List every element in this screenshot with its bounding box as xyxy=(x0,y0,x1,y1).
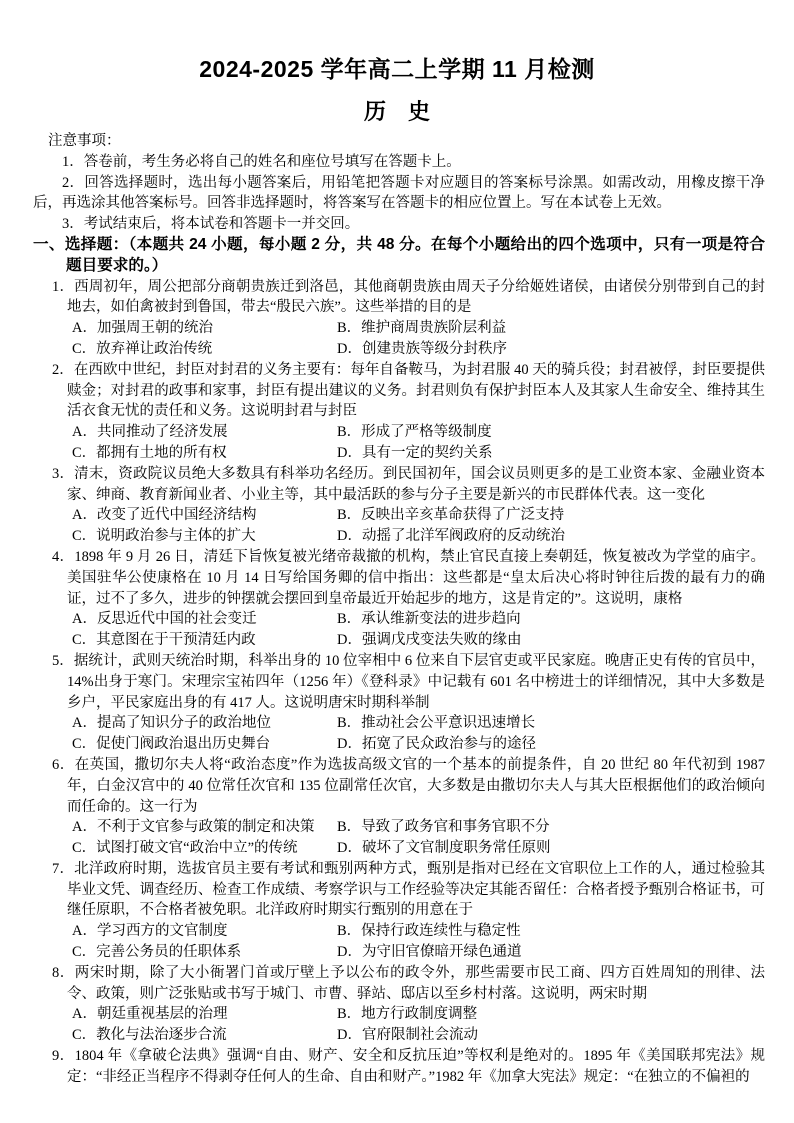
question-6-stem: 在英国，撒切尔夫人将“政治态度”作为选拔高级文官的一个基本的前提条件，自 20 … xyxy=(67,757,765,815)
question-2-option-d: D．具有一定的契约关系 xyxy=(337,443,765,464)
question-2-option-c: C．都拥有土地的所有权 xyxy=(72,443,337,464)
question-1-number: 1． xyxy=(52,279,74,295)
question-1-stem-line: 1．西周初年，周公把部分商朝贵族迁到洛邑，其他商朝贵族由周天子分给姬姓诸侯，由诸… xyxy=(67,277,765,319)
question-9-stem: 1804 年《拿破仑法典》强调“自由、财产、安全和反抗压迫”等权利是绝对的。18… xyxy=(67,1048,765,1085)
question-7-option-a: A．学习西方的文官制度 xyxy=(72,921,337,942)
question-6-option-b: B．导致了政务官和事务官职不分 xyxy=(337,817,765,838)
question-8-option-a: A．朝廷重视基层的治理 xyxy=(72,1004,337,1025)
question-6-stem-line: 6．在英国，撒切尔夫人将“政治态度”作为选拔高级文官的一个基本的前提条件，自 2… xyxy=(67,755,765,817)
question-8-number: 8． xyxy=(52,965,75,981)
question-4-option-c: C．其意图在于干预清廷内政 xyxy=(72,630,337,651)
question-4-option-b: B．承认维新变法的进步趋向 xyxy=(337,609,765,630)
question-3-stem: 清末，资政院议员绝大多数具有科举功名经历。到民国初年，国会议员则更多的是工业资本… xyxy=(67,466,765,503)
question-4-number: 4． xyxy=(52,549,74,565)
question-5-option-c: C．促使门阀政治退出历史舞台 xyxy=(72,734,337,755)
question-3-option-d: D．动摇了北洋军阀政府的反动统治 xyxy=(337,526,765,547)
question-8-stem-line: 8．两宋时期，除了大小衙署门首或厅壁上予以公布的政令外，那些需要市民工商、四方百… xyxy=(67,963,765,1005)
question-9-number: 9． xyxy=(52,1048,75,1064)
question-4-options: A．反思近代中国的社会变迁 B．承认维新变法的进步趋向 C．其意图在于干预清廷内… xyxy=(72,609,765,651)
subject-title: 历 史 xyxy=(0,97,794,126)
question-8-stem: 两宋时期，除了大小衙署门首或厅壁上予以公布的政令外，那些需要市民工商、四方百姓周… xyxy=(67,965,765,1002)
question-6: 6．在英国，撒切尔夫人将“政治态度”作为选拔高级文官的一个基本的前提条件，自 2… xyxy=(33,755,765,859)
question-6-option-d: D．破坏了文官制度职务常任原则 xyxy=(337,838,765,859)
question-1-option-d: D．创建贵族等级分封秩序 xyxy=(337,339,765,360)
question-7: 7．北洋政府时期，选拔官员主要有考试和甄别两种方式，甄别是指对已经在文官职位上工… xyxy=(33,859,765,963)
notice-item-2: 2．回答选择题时，选出每小题答案后，用铅笔把答题卡对应题目的答案标号涂黑。如需改… xyxy=(33,173,765,215)
question-3-option-c: C．说明政治参与主体的扩大 xyxy=(72,526,337,547)
question-2-options: A．共同推动了经济发展 B．形成了严格等级制度 C．都拥有土地的所有权 D．具有… xyxy=(72,422,765,464)
question-7-option-c: C．完善公务员的任职体系 xyxy=(72,942,337,963)
question-2-option-a: A．共同推动了经济发展 xyxy=(72,422,337,443)
question-1-option-b: B．维护商周贵族阶层利益 xyxy=(337,318,765,339)
question-8-option-c: C．教化与法治逐步合流 xyxy=(72,1025,337,1046)
section-heading: 一、选择题：（本题共 24 小题，每小题 2 分，共 48 分。在每个小题给出的… xyxy=(33,235,765,277)
question-7-option-d: D．为守旧官僚暗开绿色通道 xyxy=(337,942,765,963)
question-2: 2．在西欧中世纪，封臣对封君的义务主要有：每年自备鞍马，为封君服 40 天的骑兵… xyxy=(33,360,765,464)
question-1-stem: 西周初年，周公把部分商朝贵族迁到洛邑，其他商朝贵族由周天子分给姬姓诸侯，由诸侯分… xyxy=(67,279,765,316)
question-8-option-b: B．地方行政制度调整 xyxy=(337,1004,765,1025)
question-5-option-b: B．推动社会公平意识迅速增长 xyxy=(337,713,765,734)
question-5-options: A．提高了知识分子的政治地位 B．推动社会公平意识迅速增长 C．促使门阀政治退出… xyxy=(72,713,765,755)
question-5-stem-line: 5．据统计，武则天统治时期，科举出身的 10 位宰相中 6 位来自下层官吏或平民… xyxy=(67,651,765,713)
question-3: 3．清末，资政院议员绝大多数具有科举功名经历。到民国初年，国会议员则更多的是工业… xyxy=(33,464,765,547)
question-5-stem: 据统计，武则天统治时期，科举出身的 10 位宰相中 6 位来自下层官吏或平民家庭… xyxy=(67,653,765,711)
question-4-stem: 1898 年 9 月 26 日，清廷下旨恢复被光绪帝裁撤的机构，禁止官民直接上奏… xyxy=(67,549,765,607)
question-5: 5．据统计，武则天统治时期，科举出身的 10 位宰相中 6 位来自下层官吏或平民… xyxy=(33,651,765,755)
notice-item-1: 1．答卷前，考生务必将自己的姓名和座位号填写在答题卡上。 xyxy=(33,152,765,173)
question-2-option-b: B．形成了严格等级制度 xyxy=(337,422,765,443)
question-6-option-a: A．不利于文官参与政策的制定和决策 xyxy=(72,817,337,838)
question-3-option-a: A．改变了近代中国经济结构 xyxy=(72,505,337,526)
question-3-option-b: B．反映出辛亥革命获得了广泛支持 xyxy=(337,505,765,526)
question-9: 9．1804 年《拿破仑法典》强调“自由、财产、安全和反抗压迫”等权利是绝对的。… xyxy=(33,1046,765,1088)
notice-heading: 注意事项： xyxy=(33,131,765,152)
notice-item-3: 3．考试结束后，将本试卷和答题卡一并交回。 xyxy=(33,214,765,235)
question-1-option-a: A．加强周王朝的统治 xyxy=(72,318,337,339)
exam-paper-page: 2024-2025 学年高二上学期 11 月检测 历 史 注意事项： 1．答卷前… xyxy=(0,0,794,1123)
question-3-number: 3． xyxy=(52,466,74,482)
question-1-option-c: C．放弃禅让政治传统 xyxy=(72,339,337,360)
question-4: 4．1898 年 9 月 26 日，清廷下旨恢复被光绪帝裁撤的机构，禁止官民直接… xyxy=(33,547,765,651)
question-5-option-a: A．提高了知识分子的政治地位 xyxy=(72,713,337,734)
question-2-stem: 在西欧中世纪，封臣对封君的义务主要有：每年自备鞍马，为封君服 40 天的骑兵役；… xyxy=(67,362,765,420)
question-1: 1．西周初年，周公把部分商朝贵族迁到洛邑，其他商朝贵族由周天子分给姬姓诸侯，由诸… xyxy=(33,277,765,360)
notice-block: 注意事项： 1．答卷前，考生务必将自己的姓名和座位号填写在答题卡上。 2．回答选… xyxy=(33,131,765,235)
question-7-number: 7． xyxy=(52,861,74,877)
question-8-option-d: D．官府限制社会流动 xyxy=(337,1025,765,1046)
question-4-option-d: D．强调戊戌变法失败的缘由 xyxy=(337,630,765,651)
paper-content: 注意事项： 1．答卷前，考生务必将自己的姓名和座位号填写在答题卡上。 2．回答选… xyxy=(33,131,765,1088)
page-title: 2024-2025 学年高二上学期 11 月检测 xyxy=(0,0,794,84)
question-2-number: 2． xyxy=(52,362,74,378)
question-7-stem-line: 7．北洋政府时期，选拔官员主要有考试和甄别两种方式，甄别是指对已经在文官职位上工… xyxy=(67,859,765,921)
question-5-option-d: D．拓宽了民众政治参与的途径 xyxy=(337,734,765,755)
question-9-stem-line: 9．1804 年《拿破仑法典》强调“自由、财产、安全和反抗压迫”等权利是绝对的。… xyxy=(67,1046,765,1088)
question-4-stem-line: 4．1898 年 9 月 26 日，清廷下旨恢复被光绪帝裁撤的机构，禁止官民直接… xyxy=(67,547,765,609)
question-6-options: A．不利于文官参与政策的制定和决策 B．导致了政务官和事务官职不分 C．试图打破… xyxy=(72,817,765,859)
question-7-option-b: B．保持行政连续性与稳定性 xyxy=(337,921,765,942)
question-3-stem-line: 3．清末，资政院议员绝大多数具有科举功名经历。到民国初年，国会议员则更多的是工业… xyxy=(67,464,765,506)
question-8: 8．两宋时期，除了大小衙署门首或厅壁上予以公布的政令外，那些需要市民工商、四方百… xyxy=(33,963,765,1046)
question-3-options: A．改变了近代中国经济结构 B．反映出辛亥革命获得了广泛支持 C．说明政治参与主… xyxy=(72,505,765,547)
question-8-options: A．朝廷重视基层的治理 B．地方行政制度调整 C．教化与法治逐步合流 D．官府限… xyxy=(72,1004,765,1046)
question-1-options: A．加强周王朝的统治 B．维护商周贵族阶层利益 C．放弃禅让政治传统 D．创建贵… xyxy=(72,318,765,360)
question-7-options: A．学习西方的文官制度 B．保持行政连续性与稳定性 C．完善公务员的任职体系 D… xyxy=(72,921,765,963)
question-6-number: 6． xyxy=(52,757,75,773)
question-7-stem: 北洋政府时期，选拔官员主要有考试和甄别两种方式，甄别是指对已经在文官职位上工作的… xyxy=(67,861,765,919)
question-4-option-a: A．反思近代中国的社会变迁 xyxy=(72,609,337,630)
question-2-stem-line: 2．在西欧中世纪，封臣对封君的义务主要有：每年自备鞍马，为封君服 40 天的骑兵… xyxy=(67,360,765,422)
question-5-number: 5． xyxy=(52,653,74,669)
question-6-option-c: C．试图打破文官“政治中立”的传统 xyxy=(72,838,337,859)
